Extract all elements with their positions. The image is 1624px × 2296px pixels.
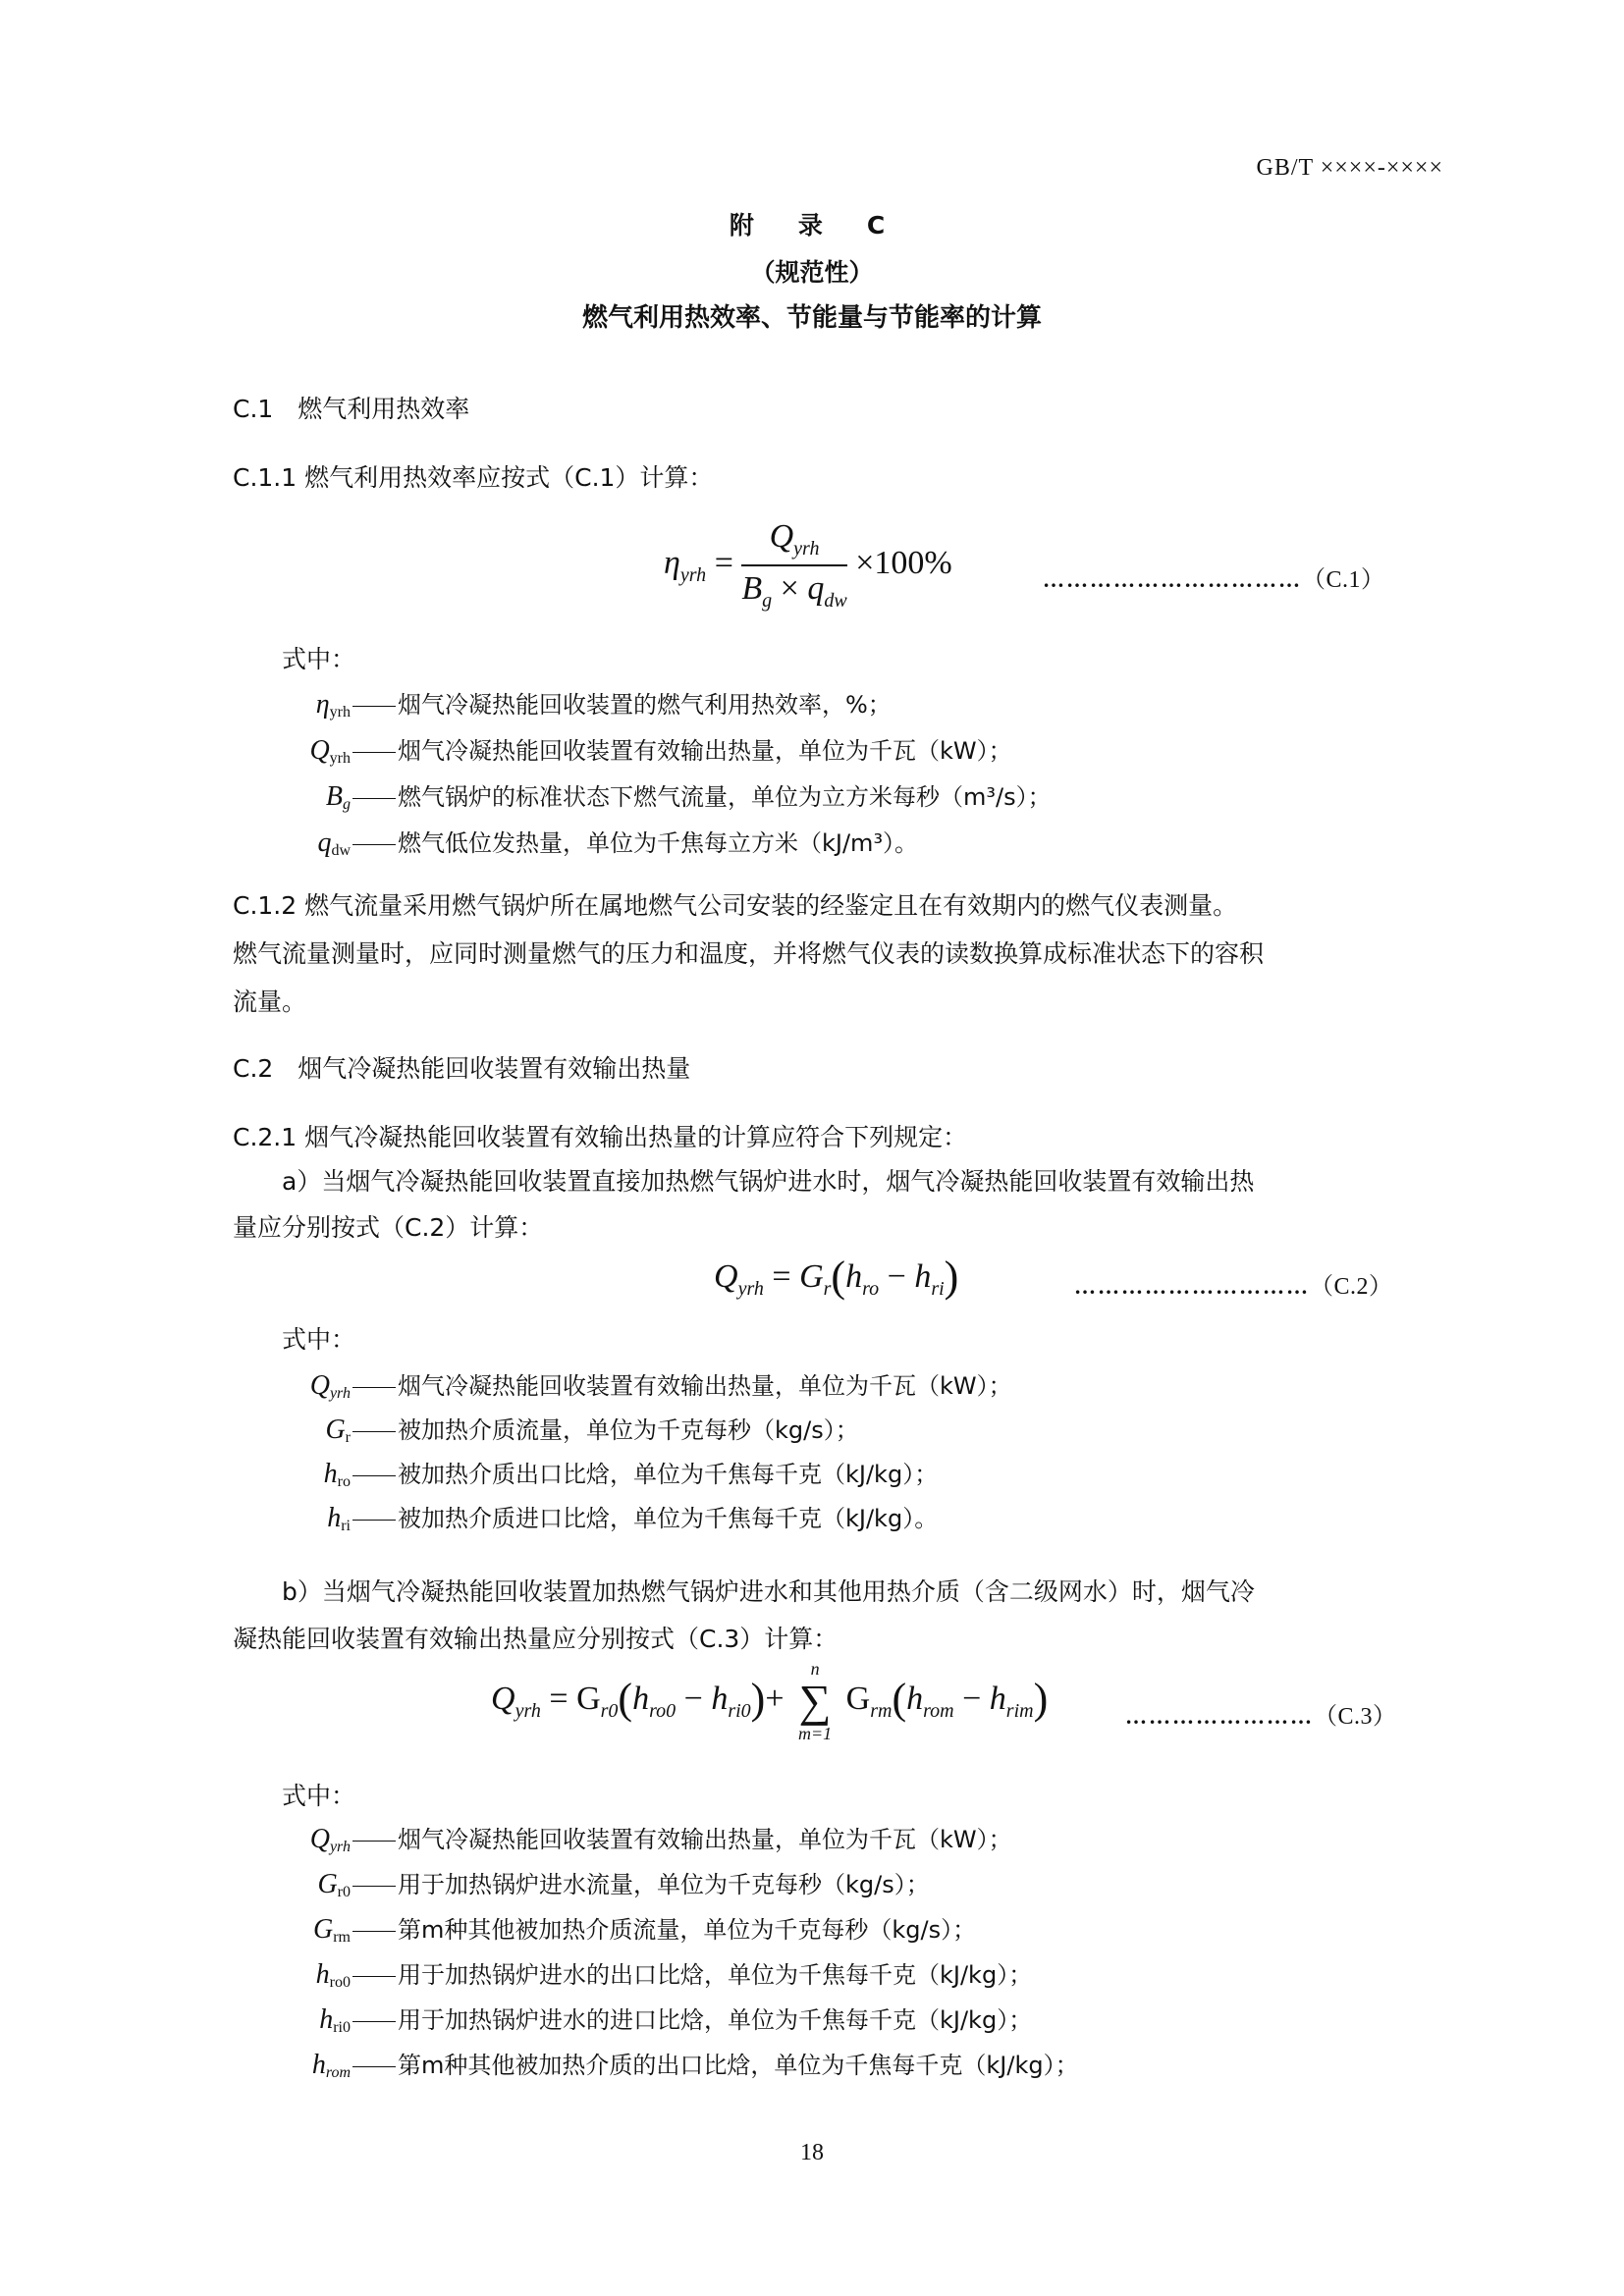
item-a-line1: a）当烟气冷凝热能回收装置直接加热燃气锅炉进水时，烟气冷凝热能回收装置有效输出热	[282, 1162, 1254, 1198]
item-a-line2: 量应分别按式（C.2）计算：	[233, 1208, 543, 1244]
definition-q-yrh: Qyrh烟气冷凝热能回收装置有效输出热量，单位为千瓦（kW）；	[275, 1366, 1012, 1403]
equation-label: （C.3）	[1314, 1704, 1397, 1730]
definition-q-yrh: Qyrh烟气冷凝热能回收装置有效输出热量，单位为千瓦（kW）；	[275, 1820, 1012, 1856]
definition-h-rom: hrom第m种其他被加热介质的出口比焓，单位为千焦每千克（kJ/kg）；	[282, 2046, 1079, 2082]
equation-c2-leader: …………………………（C.2）	[1074, 1266, 1393, 1301]
fraction: Qyrh Bg × qdw	[741, 518, 846, 613]
appendix-title: 附 录 C	[0, 206, 1624, 241]
equation-c1-leader: ……………………………（C.1）	[1043, 560, 1385, 594]
equation-label: （C.1）	[1302, 567, 1385, 593]
definition-h-ri0: hri0用于加热锅炉进水的进口比焓，单位为千焦每千克（kJ/kg）；	[282, 2001, 1032, 2037]
clause-c1-1: C.1.1 燃气利用热效率应按式（C.1）计算：	[233, 458, 713, 494]
equation-label: （C.2）	[1310, 1274, 1393, 1300]
definition-q-yrh: Qyrh烟气冷凝热能回收装置有效输出热量，单位为千瓦（kW）；	[275, 731, 1012, 768]
page-number: 18	[0, 2140, 1624, 2166]
definition-g-rm: Grm第m种其他被加热介质流量，单位为千克每秒（kg/s）；	[282, 1910, 976, 1947]
where-label: 式中：	[282, 640, 355, 675]
definition-eta-yrh: ηyrh烟气冷凝热能回收装置的燃气利用热效率，%；	[282, 685, 892, 721]
item-b-line2: 凝热能回收装置有效输出热量应分别按式（C.3）计算：	[233, 1620, 838, 1655]
summation-sign: n ∑ m=1	[798, 1659, 832, 1743]
clause-c2-1: C.2.1 烟气冷凝热能回收装置有效输出热量的计算应符合下列规定：	[233, 1118, 967, 1153]
equation-c2: Qyrh = Gr(hro − hri)	[714, 1252, 958, 1302]
equation-c1: ηyrh = Qyrh Bg × qdw ×100%	[664, 518, 952, 613]
definition-b-g: Bg燃气锅炉的标准状态下燃气流量，单位为立方米每秒（m³/s）；	[282, 777, 1052, 814]
standard-number: GB/T ××××-××××	[1256, 155, 1443, 182]
definition-g-r0: Gr0用于加热锅炉进水流量，单位为千克每秒（kg/s）；	[282, 1865, 930, 1901]
definition-h-ro: hro被加热介质出口比焓，单位为千焦每千克（kJ/kg）；	[282, 1455, 938, 1491]
definition-h-ro0: hro0用于加热锅炉进水的出口比焓，单位为千焦每千克（kJ/kg）；	[282, 1955, 1032, 1992]
section-heading-c2: C.2 烟气冷凝热能回收装置有效输出热量	[233, 1049, 690, 1085]
equation-c3: Qyrh = Gr0(hro0 − hri0)+ n ∑ m=1 Grm(hro…	[491, 1659, 1048, 1743]
clause-c1-2-line1: C.1.2 燃气流量采用燃气锅炉所在属地燃气公司安装的经鉴定且在有效期内的燃气仪…	[233, 886, 1237, 922]
definition-h-ri: hri被加热介质进口比焓，单位为千焦每千克（kJ/kg）。	[282, 1499, 938, 1535]
clause-c1-2-line2: 燃气流量测量时，应同时测量燃气的压力和温度，并将燃气仪表的读数换算成标准状态下的…	[233, 934, 1264, 970]
where-label: 式中：	[282, 1320, 355, 1356]
item-b-line1: b）当烟气冷凝热能回收装置加热燃气锅炉进水和其他用热介质（含二级网水）时，烟气冷	[282, 1573, 1255, 1608]
appendix-nature: （规范性）	[0, 253, 1624, 289]
where-label: 式中：	[282, 1777, 355, 1812]
clause-c1-2-line3: 流量。	[233, 983, 306, 1018]
definition-g-r: Gr被加热介质流量，单位为千克每秒（kg/s）；	[282, 1411, 859, 1447]
appendix-subject: 燃气利用热效率、节能量与节能率的计算	[0, 297, 1624, 334]
definition-q-dw: qdw燃气低位发热量，单位为千焦每立方米（kJ/m³）。	[282, 824, 918, 860]
equation-c3-leader: ……………………（C.3）	[1125, 1696, 1397, 1731]
section-heading-c1: C.1 燃气利用热效率	[233, 390, 469, 425]
